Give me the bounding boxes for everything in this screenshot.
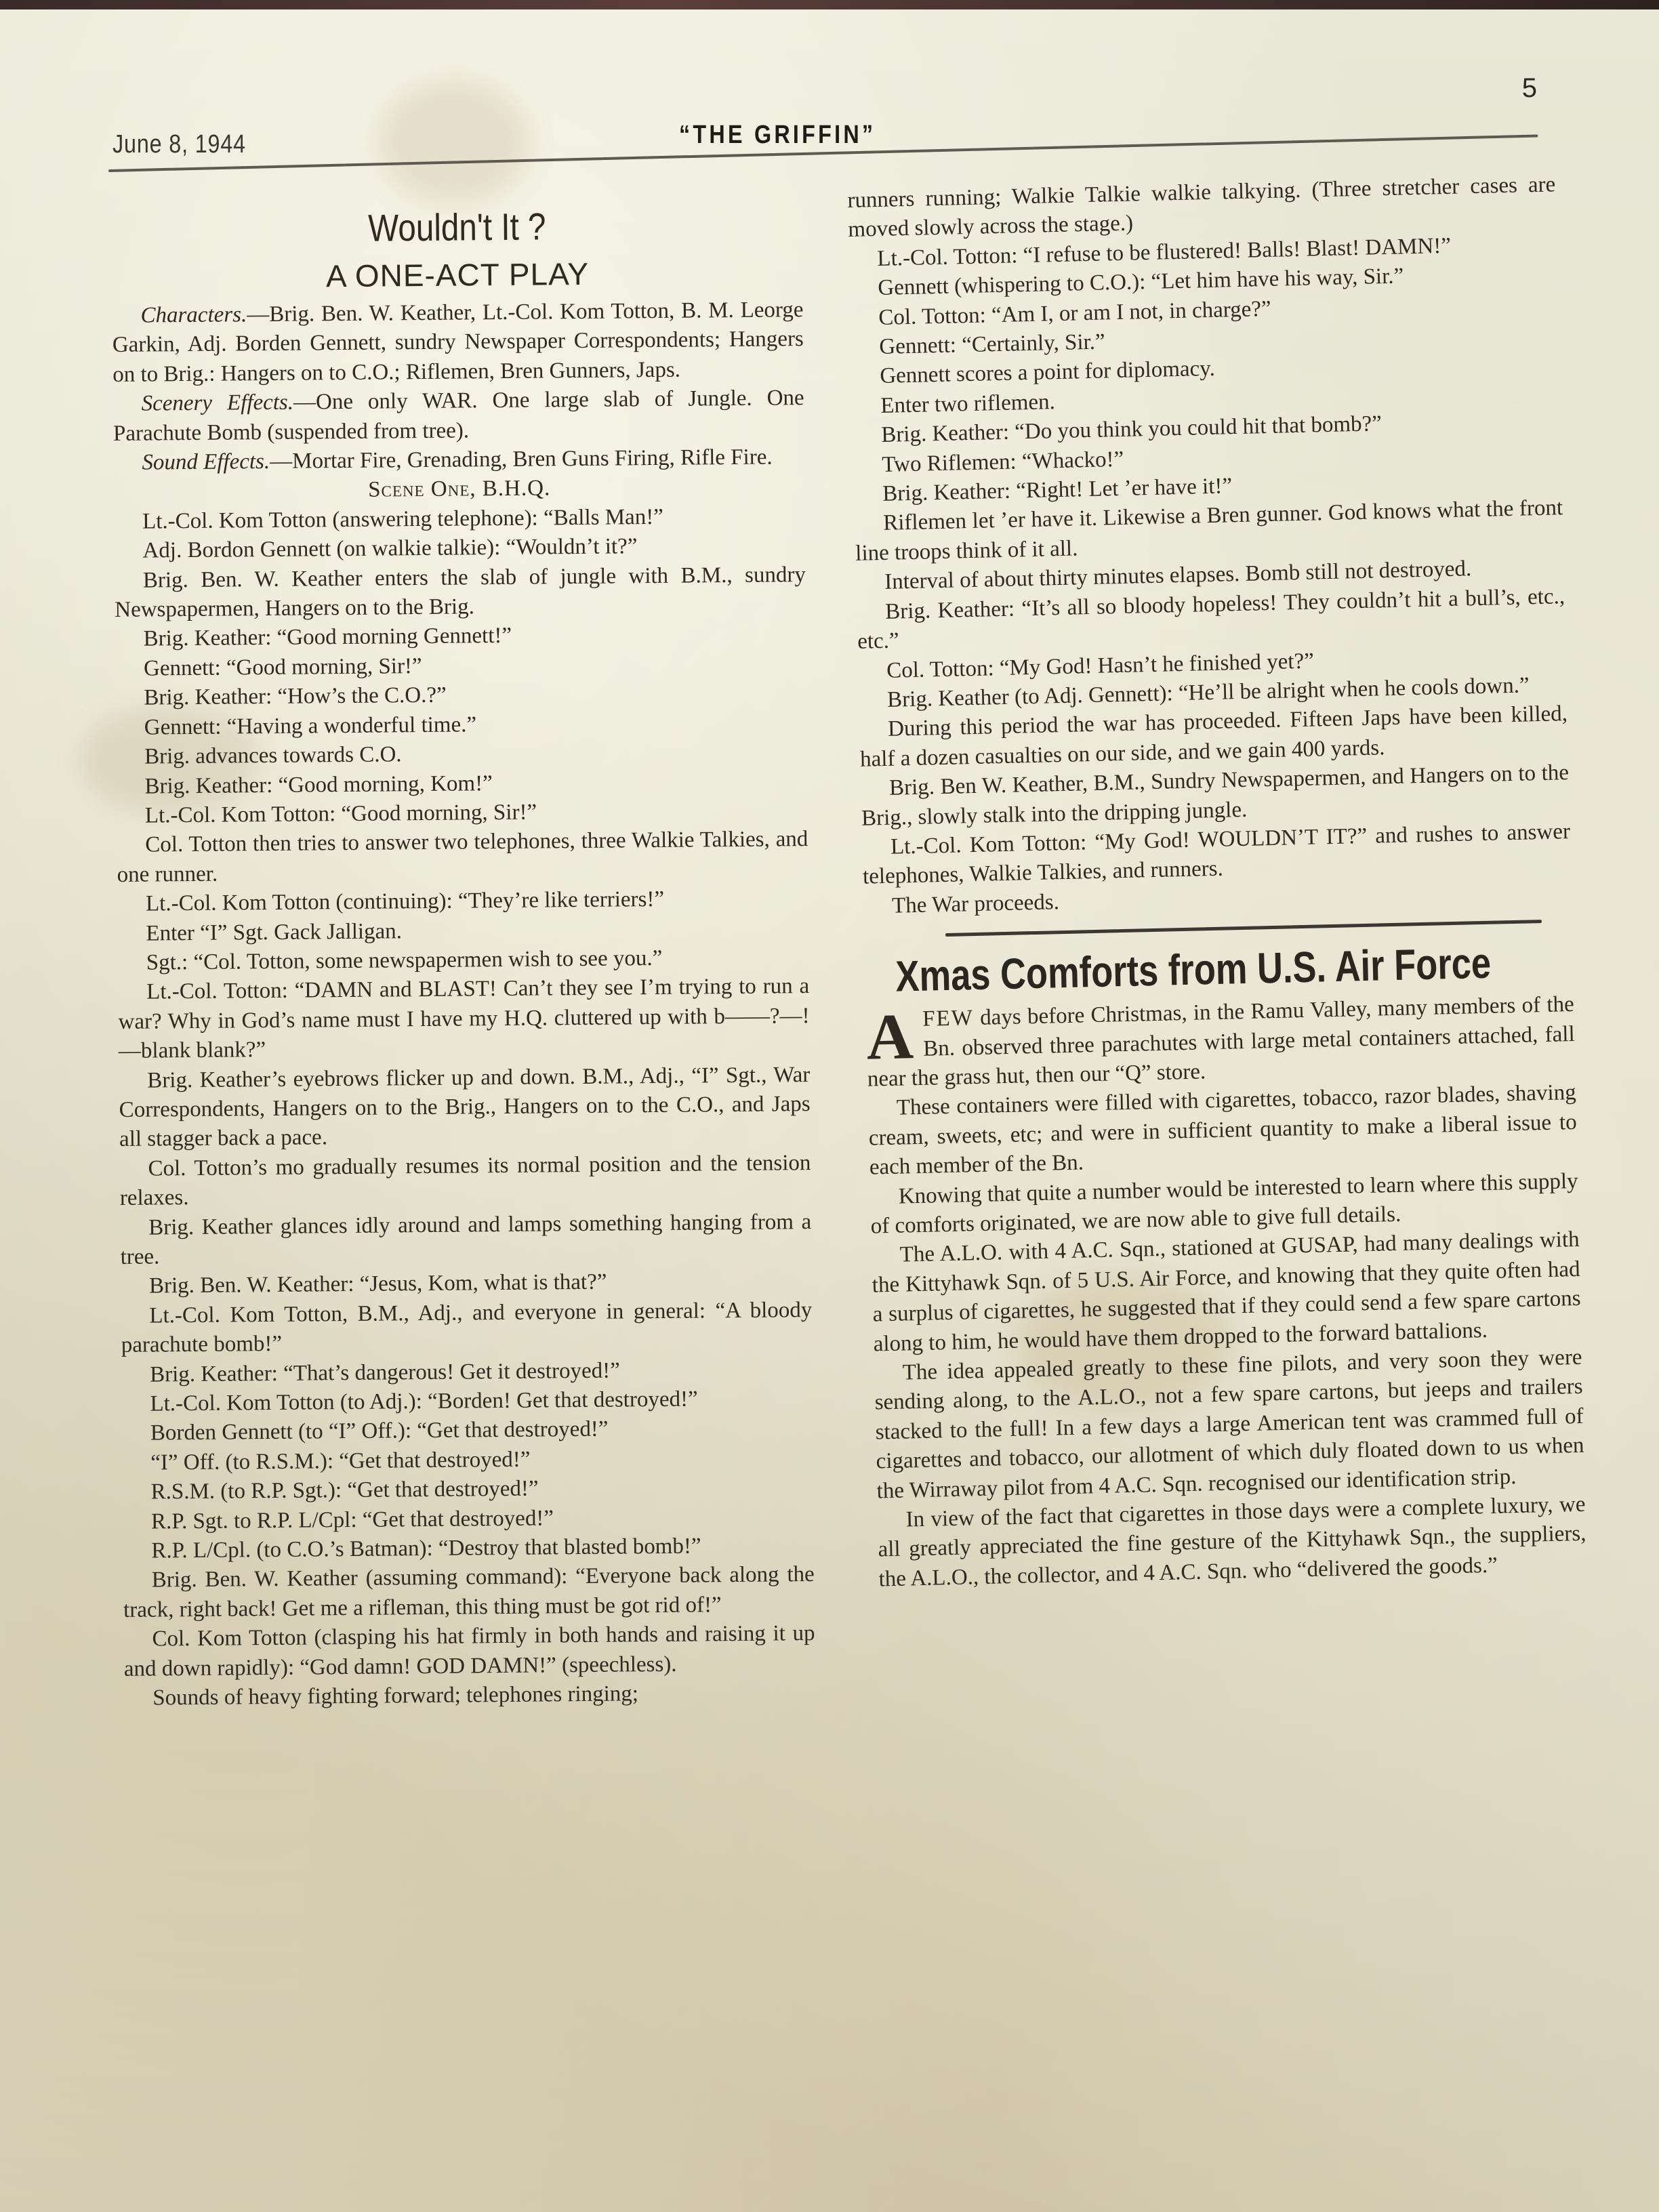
article-paragraph: The A.L.O. with 4 A.C. Sqn., stationed a… — [871, 1225, 1582, 1359]
play-paragraph: Col. Totton’s mo gradually resumes its n… — [119, 1149, 811, 1214]
play-paragraph: Lt.-Col. Kom Totton, B.M., Adj., and eve… — [121, 1296, 813, 1361]
play-paragraph: Lt.-Col. Totton: “DAMN and BLAST! Can’t … — [118, 972, 810, 1066]
right-column: runners running; Walkie Talkie walkie ta… — [847, 170, 1587, 1594]
left-column: Wouldn't It ? A ONE-ACT PLAY Characters.… — [111, 194, 815, 1713]
sound-label: Sound Effects. — [142, 449, 270, 475]
background-edge — [0, 0, 1659, 9]
issue-date: June 8, 1944 — [112, 130, 246, 159]
play-paragraph: Col. Kom Totton (clasping his hat firmly… — [123, 1619, 815, 1684]
play-paragraph: Brig. Keather’s eyebrows flicker up and … — [119, 1061, 811, 1155]
newspaper-page: June 8, 1944 “THE GRIFFIN” 5 Wouldn't It… — [0, 0, 1659, 2212]
play-paragraph: Sounds of heavy fighting forward; teleph… — [124, 1678, 815, 1713]
article-paragraph: In view of the fact that cigarettes in t… — [877, 1490, 1587, 1595]
article-divider — [945, 920, 1542, 937]
article-paragraph: The idea appealed greatly to these fine … — [874, 1343, 1585, 1507]
article-lead-paragraph: AFEW days before Christmas, in the Ramu … — [865, 990, 1576, 1094]
play-paragraph: Col. Totton then tries to answer two tel… — [117, 825, 808, 890]
play-title: Wouldn't It ? — [163, 201, 752, 254]
scenery-paragraph: Scenery Effects.—One only WAR. One large… — [112, 384, 804, 449]
characters-label: Characters. — [140, 302, 247, 327]
lead-caps: FEW — [922, 1006, 974, 1031]
lead-text: days before Christmas, in the Ramu Valle… — [867, 992, 1575, 1091]
play-dialogue-left: Lt.-Col. Kom Totton (answering telephone… — [114, 501, 815, 1713]
sound-text: —Mortar Fire, Grenading, Bren Guns Firin… — [270, 445, 773, 474]
characters-paragraph: Characters.—Brig. Ben. W. Keather, Lt.-C… — [112, 295, 804, 390]
publication-title: “THE GRIFFIN” — [679, 121, 876, 150]
page-number: 5 — [1522, 73, 1537, 104]
drop-cap: A — [866, 1009, 914, 1065]
scenery-label: Scenery Effects. — [141, 390, 293, 416]
article-body: These containers were filled with cigare… — [867, 1078, 1586, 1594]
play-dialogue-right: Lt.-Col. Totton: “I refuse to be fluster… — [848, 229, 1572, 922]
play-paragraph: Brig. Keather glances idly around and la… — [120, 1208, 812, 1273]
article-paragraph: These containers were filled with cigare… — [867, 1078, 1578, 1183]
play-paragraph: Brig. Ben. W. Keather enters the slab of… — [115, 560, 806, 626]
play-paragraph: Brig. Ben. W. Keather (assuming command)… — [123, 1560, 815, 1625]
play-subtitle: A ONE-ACT PLAY — [112, 252, 803, 298]
